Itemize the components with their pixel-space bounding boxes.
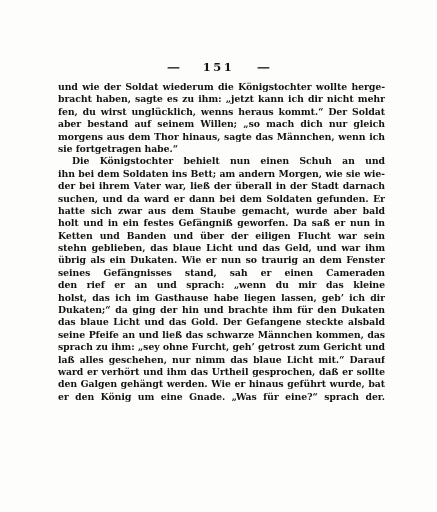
text-line: holt und in ein festes Gefängniß geworfe… <box>58 218 385 230</box>
text-line: ihn bei dem Soldaten ins Bett; am andern… <box>58 169 385 181</box>
running-head: — 151 — <box>0 60 437 74</box>
text-line: der bei ihrem Vater war, ließ der überal… <box>58 181 385 193</box>
text-line: aber bestand auf seinem Willen; „so mach… <box>58 119 385 131</box>
header-dash-right: — <box>257 61 270 74</box>
text-line: Dukaten;“ da ging der hin und brachte ih… <box>58 305 385 317</box>
header-dash-left: — <box>167 61 180 74</box>
text-block: und wie der Soldat wiederum die Königsto… <box>58 82 385 404</box>
text-line: stehn geblieben, das blaue Licht und das… <box>58 243 385 255</box>
text-line: den rief er an und sprach: „wenn du mir … <box>58 280 385 292</box>
text-line: holst, das ich im Gasthause habe liegen … <box>58 293 385 305</box>
text-line: ward er verhört und ihm das Urtheil gesp… <box>58 367 385 379</box>
text-line: fen, du wirst unglücklich, wenns heraus … <box>58 107 385 119</box>
text-line: übrig als ein Dukaten. Wie er nun so tra… <box>58 255 385 267</box>
text-line: laß alles geschehen, nur nimm das blaue … <box>58 355 385 367</box>
text-line: suchen, und da ward er dann bei dem Sold… <box>58 194 385 206</box>
text-line: den Galgen gehängt werden. Wie er hinaus… <box>58 379 385 391</box>
text-line: bracht haben, sagte es zu ihm: „jetzt ka… <box>58 94 385 106</box>
text-line: sprach zu ihm: „sey ohne Furcht, geh’ ge… <box>58 342 385 354</box>
text-line: seine Pfeife an und ließ das schwarze Mä… <box>58 330 385 342</box>
text-line: Die Königstochter behielt nun einen Schu… <box>58 156 385 168</box>
text-line: Ketten und Banden und über der eiligen F… <box>58 231 385 243</box>
book-page-scan: — 151 — und wie der Soldat wiederum die … <box>0 0 437 512</box>
text-line: morgens aus dem Thor hinaus, sagte das M… <box>58 132 385 144</box>
text-line: und wie der Soldat wiederum die Königsto… <box>58 82 385 94</box>
text-line: hatte sich zwar aus dem Staube gemacht, … <box>58 206 385 218</box>
text-line: sie fortgetragen habe.“ <box>58 144 385 156</box>
text-line: das blaue Licht und das Gold. Der Gefang… <box>58 317 385 329</box>
text-line: seines Gefängnisses stand, sah er einen … <box>58 268 385 280</box>
text-line: er den König um eine Gnade. „Was für ein… <box>58 392 385 404</box>
page-number: 151 <box>203 60 235 74</box>
